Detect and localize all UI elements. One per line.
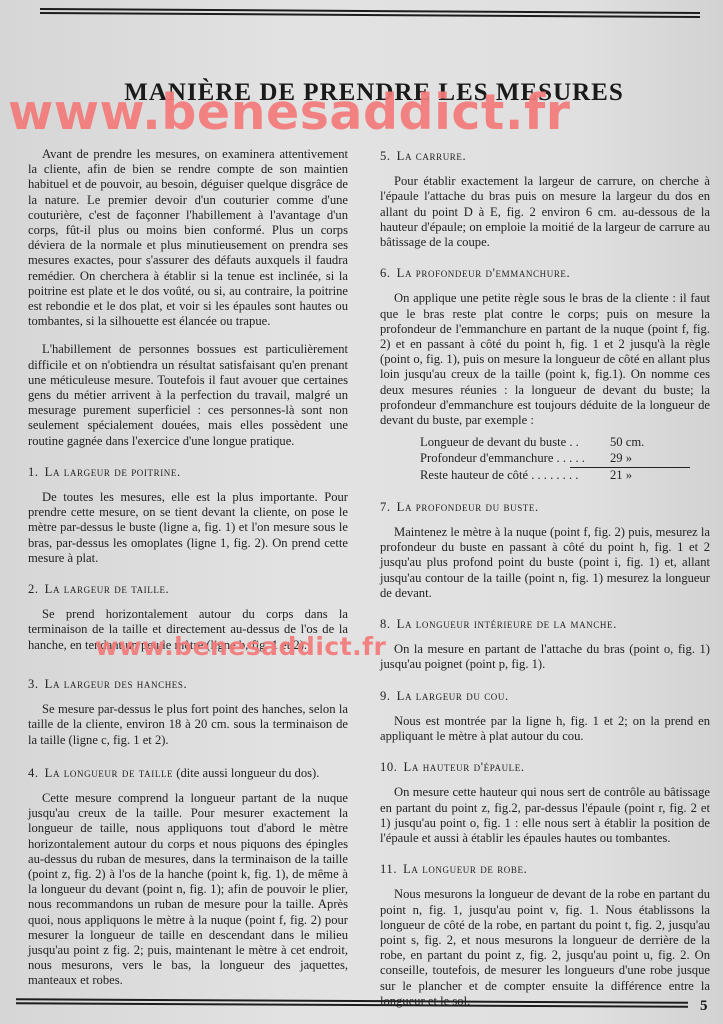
section-9-heading: 9.La largeur du cou.	[380, 689, 710, 704]
top-double-rule	[40, 8, 700, 18]
section-7-heading: 7.La profondeur du buste.	[380, 500, 710, 515]
section-9-text: Nous est montrée par la ligne h, fig. 1 …	[380, 714, 710, 744]
watermark-top: www.benesaddict.fr	[8, 84, 570, 141]
section-5-heading: 5.La carrure.	[380, 149, 710, 164]
section-8-text: On la mesure en partant de l'attache du …	[380, 642, 710, 672]
section-4-text: Cette mesure comprend la longueur partan…	[28, 791, 348, 989]
section-11-heading: 11.La longueur de robe.	[380, 862, 710, 877]
section-8-heading: 8.La longueur intérieure de la manche.	[380, 617, 710, 632]
section-2-heading: 2.La largeur de taille.	[28, 582, 348, 597]
section-1-text: De toutes les mesures, elle est la plus …	[28, 490, 348, 566]
section-7-text: Maintenez le mètre à la nuque (point f, …	[380, 525, 710, 601]
right-column: 5.La carrure. Pour établir exactement la…	[380, 149, 710, 1022]
page-number: 5	[700, 998, 708, 1015]
example-table: Longueur de devant du buste . .50 cm. Pr…	[420, 435, 680, 484]
left-column: Avant de prendre les mesures, on examine…	[28, 147, 348, 1002]
section-6-text: On applique une petite règle sous le bra…	[380, 291, 710, 428]
section-3-heading: 3.La largeur des hanches.	[28, 677, 348, 692]
section-11-text: Nous mesurons la longueur de devant de l…	[380, 887, 710, 1009]
section-10-text: On mesure cette hauteur qui nous sert de…	[380, 785, 710, 846]
section-1-heading: 1.La largeur de poitrine.	[28, 465, 348, 480]
intro-paragraph-2: L'habillement de personnes bossues est p…	[28, 342, 348, 448]
example-row: Profondeur d'emmanchure . . . . .29 »	[420, 451, 680, 467]
section-10-heading: 10.La hauteur d'épaule.	[380, 760, 710, 775]
intro-paragraph-1: Avant de prendre les mesures, on examine…	[28, 147, 348, 329]
watermark-middle: www.benesaddict.fr	[95, 632, 386, 661]
section-6-heading: 6.La profondeur d'emmanchure.	[380, 266, 710, 281]
section-5-text: Pour établir exactement la largeur de ca…	[380, 174, 710, 250]
section-3-text: Se mesure par-dessus le plus fort point …	[28, 702, 348, 748]
example-row: Longueur de devant du buste . .50 cm.	[420, 435, 680, 451]
section-4-heading: 4.La longueur de taille (dite aussi long…	[28, 766, 348, 781]
example-row-total: Reste hauteur de côté . . . . . . . .21 …	[420, 468, 680, 484]
